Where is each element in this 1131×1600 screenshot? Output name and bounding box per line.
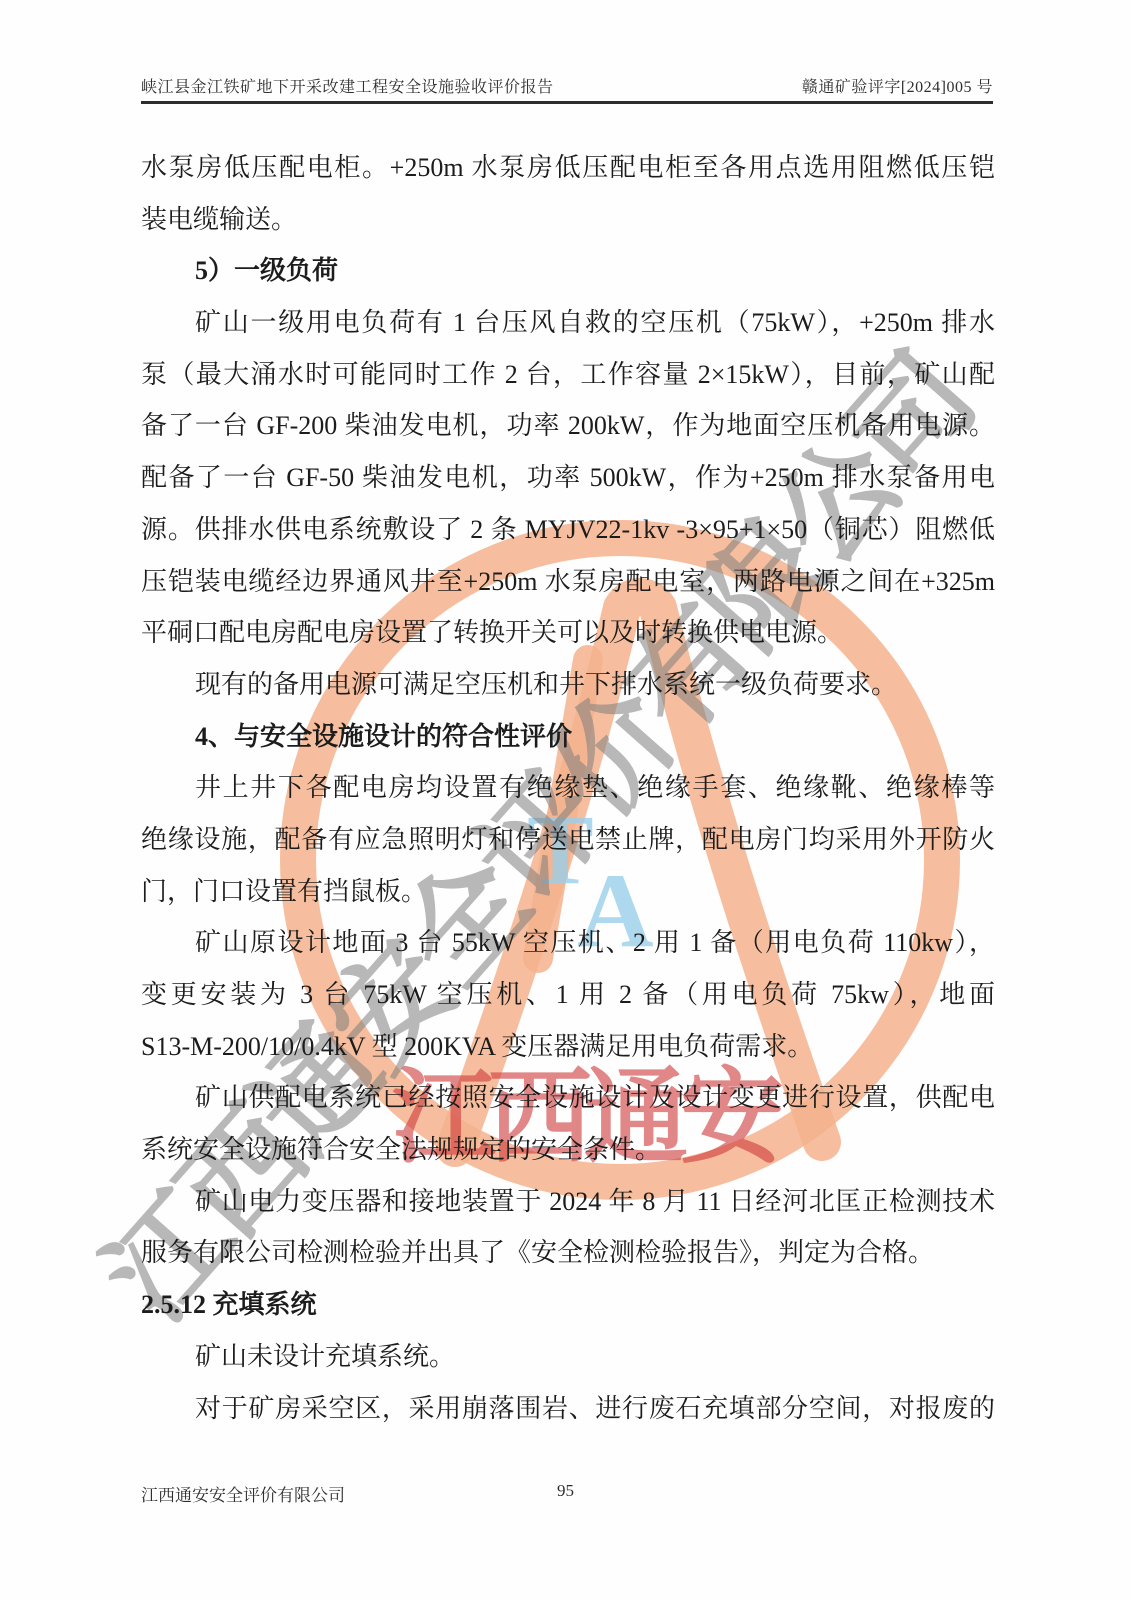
body-line: 水泵房低压配电柜。+250m 水泵房低压配电柜至各用点选用阻燃低压铠 xyxy=(141,142,995,194)
body-line: 备了一台 GF-200 柴油发电机，功率 200kW，作为地面空压机备用电源。 xyxy=(141,400,995,452)
subheading-first-class-load: 5）一级负荷 xyxy=(141,245,995,297)
body-line: 矿山供配电系统已经按照安全设施设计及设计变更进行设置，供配电 xyxy=(141,1072,995,1124)
header-document-number: 赣通矿验评字[2024]005 号 xyxy=(802,74,993,97)
header-rule xyxy=(141,101,993,104)
body-line: 绝缘设施，配备有应急照明灯和停送电禁止牌，配电房门均采用外开防火 xyxy=(141,814,995,866)
page-header: 峡江县金江铁矿地下开采改建工程安全设施验收评价报告 赣通矿验评字[2024]00… xyxy=(141,74,993,97)
body-line: 矿山电力变压器和接地装置于 2024 年 8 月 11 日经河北匡正检测技术 xyxy=(141,1176,995,1228)
body-line: 装电缆输送。 xyxy=(141,194,995,246)
body-line: S13-M-200/10/0.4kV 型 200KVA 变压器满足用电负荷需求。 xyxy=(141,1021,995,1073)
body-line: 矿山未设计充填系统。 xyxy=(141,1331,995,1383)
body-line: 配备了一台 GF-50 柴油发电机，功率 500kW，作为+250m 排水泵备用… xyxy=(141,452,995,504)
body-line: 门，门口设置有挡鼠板。 xyxy=(141,866,995,918)
header-report-title: 峡江县金江铁矿地下开采改建工程安全设施验收评价报告 xyxy=(141,74,554,97)
footer-company-name: 江西通安安全评价有限公司 xyxy=(141,1481,345,1506)
subheading-design-conformity: 4、与安全设施设计的符合性评价 xyxy=(141,711,995,763)
body-line: 对于矿房采空区，采用崩落围岩、进行废石充填部分空间，对报废的 xyxy=(141,1383,995,1435)
body-line: 压铠装电缆经边界通风井至+250m 水泵房配电室，两路电源之间在+325m xyxy=(141,556,995,608)
body-line: 泵（最大涌水时可能同时工作 2 台，工作容量 2×15kW），目前，矿山配 xyxy=(141,349,995,401)
body-line: 服务有限公司检测检验并出具了《安全检测检验报告》，判定为合格。 xyxy=(141,1227,995,1279)
body-line: 现有的备用电源可满足空压机和井下排水系统一级负荷要求。 xyxy=(141,659,995,711)
body-line: 系统安全设施符合安全法规规定的安全条件。 xyxy=(141,1124,995,1176)
body-line: 矿山一级用电负荷有 1 台压风自救的空压机（75kW），+250m 排水 xyxy=(141,297,995,349)
section-heading-filling-system: 2.5.12 充填系统 xyxy=(141,1279,995,1331)
body-line: 变更安装为 3 台 75kW 空压机、1 用 2 备（用电负荷 75kw），地面 xyxy=(141,969,995,1021)
body-line: 矿山原设计地面 3 台 55kW 空压机、2 用 1 备（用电负荷 110kw）… xyxy=(141,917,995,969)
body-line: 源。供排水供电系统敷设了 2 条 MYJV22-1kv -3×95+1×50（铜… xyxy=(141,504,995,556)
document-body: 水泵房低压配电柜。+250m 水泵房低压配电柜至各用点选用阻燃低压铠 装电缆输送… xyxy=(141,142,995,1434)
report-page: { "header": { "left": "峡江县金江铁矿地下开采改建工程安全… xyxy=(0,0,1131,1600)
body-line: 平硐口配电房配电房设置了转换开关可以及时转换供电电源。 xyxy=(141,607,995,659)
body-line: 井上井下各配电房均设置有绝缘垫、绝缘手套、绝缘靴、绝缘棒等 xyxy=(141,762,995,814)
